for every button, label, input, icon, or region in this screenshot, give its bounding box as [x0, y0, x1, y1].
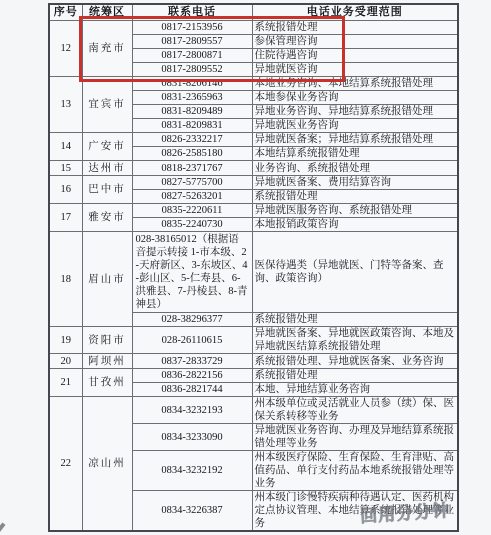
scope-cell: 本地参保业务咨询: [252, 91, 458, 105]
table-row: 16巴中市0827-5775700异地就医备案、费用结算咨询: [49, 176, 458, 190]
scope-cell: 本地业务咨询、本地结算系统报错处理: [252, 77, 458, 91]
phone-cell: 0834-3233090: [132, 424, 252, 451]
row-number: 22: [49, 397, 82, 532]
scope-cell: 异地就医咨询: [252, 63, 458, 77]
scope-cell: 系统报错处理、异地就医备案、业务咨询: [252, 354, 458, 369]
region-name: 宜宾市: [82, 77, 132, 133]
phone-cell: 0831-8209489: [132, 105, 252, 119]
table-row: 13宜宾市0831-8206146本地业务咨询、本地结算系统报错处理: [49, 77, 458, 91]
phone-cell: 0827-5263201: [132, 190, 252, 204]
region-name: 巴中市: [82, 176, 132, 204]
phone-cell: 0834-3232192: [132, 451, 252, 491]
scope-cell: 本地结算系统报错处理: [252, 147, 458, 161]
phone-cell: 0831-8209831: [132, 119, 252, 133]
page: 序号 统筹区 联系电话 电话业务受理范围 12南充市0817-2153956系统…: [0, 0, 491, 535]
phone-cell: 0817-2809552: [132, 63, 252, 77]
region-name: 南充市: [82, 21, 132, 77]
scope-cell: 异地业务咨询、异地结算系统报错处理: [252, 105, 458, 119]
phone-cell: 0826-2585180: [132, 147, 252, 161]
table-row: 18眉山市028-38165012（根据语音提示转接 1-市本级、2-天府新区、…: [49, 232, 458, 313]
scope-cell: 系统报错处理: [252, 190, 458, 204]
scope-cell: 异地就医业务咨询: [252, 119, 458, 133]
table-row: 12南充市0817-2153956系统报错处理: [49, 21, 458, 35]
scope-cell: 系统报错处理: [252, 369, 458, 383]
scope-cell: 州本级门诊慢特疾病种待遇认定、医药机构定点协议管理、本地结算系统报错处理等业务: [252, 491, 458, 532]
phone-cell: 0831-2365963: [132, 91, 252, 105]
row-number: 21: [49, 369, 82, 397]
phone-cell: 0837-2833729: [132, 354, 252, 369]
phone-cell: 0834-3232193: [132, 397, 252, 424]
region-name: 阿坝州: [82, 354, 132, 369]
scope-cell: 异地就医备案；异地结算系统报错处理: [252, 133, 458, 147]
header-region: 统筹区: [82, 4, 132, 21]
region-name: 眉山市: [82, 232, 132, 327]
table-body: 12南充市0817-2153956系统报错处理0817-2809557参保管理咨…: [49, 21, 458, 532]
scope-cell: 参保管理咨询: [252, 35, 458, 49]
corner-smudge-icon: [0, 522, 6, 535]
row-number: 17: [49, 204, 82, 232]
scope-cell: 住院待遇咨询: [252, 49, 458, 63]
header-no: 序号: [49, 4, 82, 21]
region-name: 甘孜州: [82, 369, 132, 397]
region-name: 达州市: [82, 161, 132, 176]
scope-cell: 业务咨询、系统报错处理: [252, 161, 458, 176]
row-number: 20: [49, 354, 82, 369]
table-row: 22凉山州0834-3232193州本级单位或灵活就业人员参（续）保、医保关系转…: [49, 397, 458, 424]
scope-cell: 异地就医服务咨询、系统报错处理: [252, 204, 458, 218]
phone-cell: 0831-8206146: [132, 77, 252, 91]
region-name: 资阳市: [82, 327, 132, 354]
row-number: 16: [49, 176, 82, 204]
phone-cell: 0835-2220611: [132, 204, 252, 218]
region-name: 雅安市: [82, 204, 132, 232]
table-row: 21甘孜州0836-2822156系统报错处理: [49, 369, 458, 383]
table-row: 17雅安市0835-2220611异地就医服务咨询、系统报错处理: [49, 204, 458, 218]
phone-cell: 0834-3226387: [132, 491, 252, 532]
table-row: 15达州市0818-2371767业务咨询、系统报错处理: [49, 161, 458, 176]
table-row: 19资阳市028-26110615异地就医备案、异地就医政策咨询、本地及异地就医…: [49, 327, 458, 354]
scope-cell: 异地就医备案、费用结算咨询: [252, 176, 458, 190]
phone-cell: 0818-2371767: [132, 161, 252, 176]
contact-table: 序号 统筹区 联系电话 电话业务受理范围 12南充市0817-2153956系统…: [48, 3, 459, 532]
table-row: 14广安市0826-2332217异地就医备案；异地结算系统报错处理: [49, 133, 458, 147]
scope-cell: 系统报错处理: [252, 21, 458, 35]
phone-cell: 0835-2240730: [132, 218, 252, 232]
phone-cell: 028-38296377: [132, 313, 252, 327]
header-scope: 电话业务受理范围: [252, 4, 458, 21]
header-phone: 联系电话: [132, 4, 252, 21]
region-name: 凉山州: [82, 397, 132, 532]
row-number: 18: [49, 232, 82, 327]
scope-cell: 医保待遇类（异地就医、门特等备案、查询、政策咨询）: [252, 232, 458, 313]
header-row: 序号 统筹区 联系电话 电话业务受理范围: [49, 4, 458, 21]
scope-cell: 系统报错处理: [252, 313, 458, 327]
row-number: 14: [49, 133, 82, 161]
row-number: 19: [49, 327, 82, 354]
row-number: 12: [49, 21, 82, 77]
phone-cell: 0826-2332217: [132, 133, 252, 147]
phone-cell: 0817-2809557: [132, 35, 252, 49]
phone-cell: 0836-2821744: [132, 383, 252, 397]
phone-cell: 0817-2800871: [132, 49, 252, 63]
region-name: 广安市: [82, 133, 132, 161]
row-number: 13: [49, 77, 82, 133]
phone-cell: 0827-5775700: [132, 176, 252, 190]
scope-cell: 异地就医备案、异地就医政策咨询、本地及异地就医结算系统报错处理: [252, 327, 458, 354]
row-number: 15: [49, 161, 82, 176]
phone-cell: 028-38165012（根据语音提示转接 1-市本级、2-天府新区、3-东坡区…: [132, 232, 252, 313]
phone-cell: 0817-2153956: [132, 21, 252, 35]
table-row: 20阿坝州0837-2833729系统报错处理、异地就医备案、业务咨询: [49, 354, 458, 369]
phone-cell: 0836-2822156: [132, 369, 252, 383]
scope-cell: 本地报销政策咨询: [252, 218, 458, 232]
phone-cell: 028-26110615: [132, 327, 252, 354]
scope-cell: 异地就医业务咨询、办理及异地结算系统报错处理等业务: [252, 424, 458, 451]
scope-cell: 本地、异地结算业务咨询: [252, 383, 458, 397]
scope-cell: 州本级单位或灵活就业人员参（续）保、医保关系转移等业务: [252, 397, 458, 424]
scope-cell: 州本级医疗保险、生育保险、生育津贴、高值药品、单行支付药品本地系统报错处理等业务: [252, 451, 458, 491]
